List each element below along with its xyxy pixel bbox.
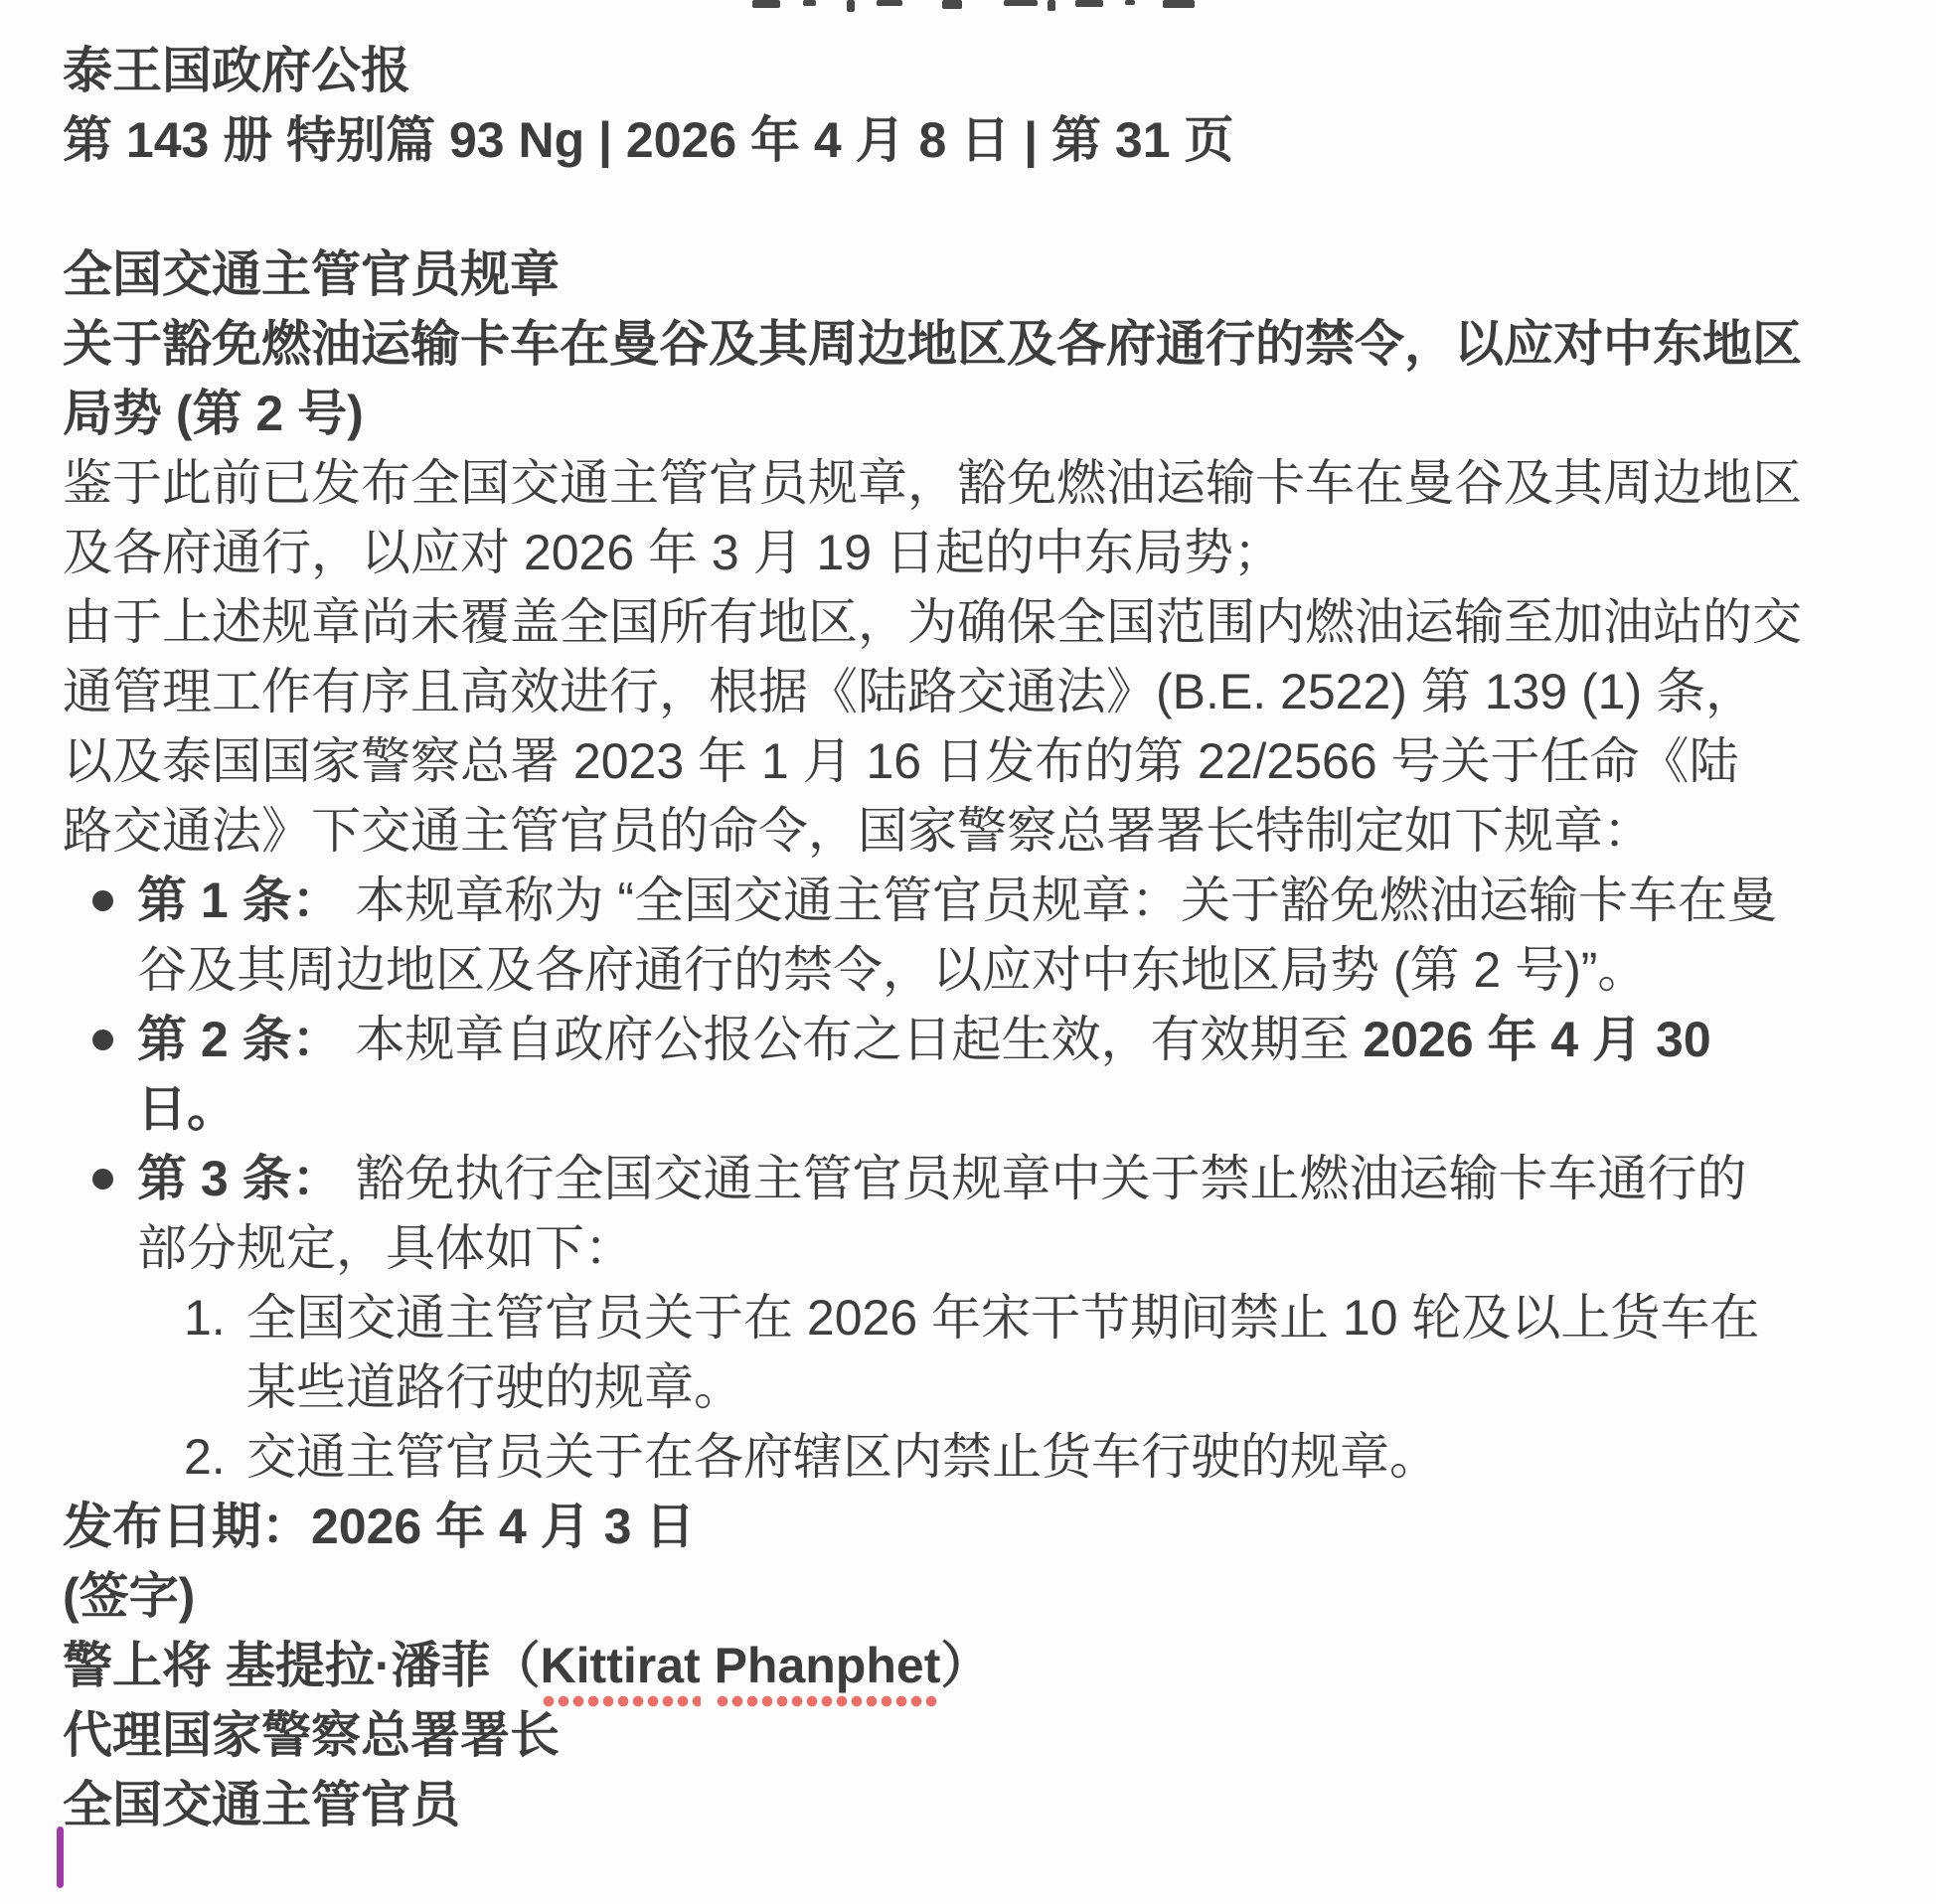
numbered-item-text: 某些道路行驶的规章。 — [246, 1352, 1906, 1422]
numbered-item-2: 2. 交通主管官员关于在各府辖区内禁止货车行驶的规章。 — [63, 1422, 1906, 1492]
article-3: 第 3 条： 豁免执行全国交通主管官员规章中关于禁止燃油运输卡车通行的 部分规定… — [63, 1144, 1906, 1283]
regulation-title-line: 关于豁免燃油运输卡车在曼谷及其周边地区及各府通行的禁令，以应对中东地区 — [63, 309, 1906, 379]
article-text: 本规章称为 “全国交通主管官员规章：关于豁免燃油运输卡车在曼 — [356, 873, 1778, 928]
preamble-paragraph: 鉴于此前已发布全国交通主管官员规章，豁免燃油运输卡车在曼谷及其周边地区 及各府通… — [63, 448, 1906, 866]
signer-name-close-paren: ） — [940, 1638, 990, 1693]
signature-block: 发布日期：2026 年 4 月 3 日 (签字) 警上将 基提拉·潘菲（Kitt… — [63, 1492, 1906, 1839]
text-cursor — [57, 1826, 64, 1888]
signer-name-latin-misspelled: Phanphet — [715, 1638, 941, 1707]
article-text: 部分规定，具体如下： — [137, 1213, 1906, 1283]
article-1: 第 1 条： 本规章称为 “全国交通主管官员规章：关于豁免燃油运输卡车在曼 谷及… — [63, 866, 1906, 1005]
article-text: 本规章自政府公报公布之日起生效，有效期至 — [356, 1012, 1364, 1067]
clipped-glyph-fragment — [1163, 0, 1195, 8]
numbered-item-text: 交通主管官员关于在各府辖区内禁止货车行驶的规章。 — [246, 1422, 1906, 1492]
clipped-glyph-fragment — [1125, 0, 1135, 5]
signature-placeholder: (签字) — [63, 1561, 1906, 1631]
clipped-glyph-fragment — [1075, 0, 1103, 7]
regulation-title: 全国交通主管官员规章 关于豁免燃油运输卡车在曼谷及其周边地区及各府通行的禁令，以… — [63, 239, 1906, 448]
clipped-glyph-fragment — [847, 0, 855, 12]
preamble-line: 及各府通行，以应对 2026 年 3 月 19 日起的中东局势； — [63, 518, 1906, 587]
article-text: 日。 — [137, 1074, 1906, 1144]
preamble-line: 路交通法》下交通主管官员的命令，国家警察总署署长特制定如下规章： — [63, 796, 1906, 866]
article-text: 谷及其周边地区及各府通行的禁令，以应对中东地区局势 (第 2 号)”。 — [137, 935, 1906, 1005]
gazette-title: 泰王国政府公报 — [63, 36, 1906, 105]
clipped-glyph-fragment — [803, 0, 816, 6]
numbered-item-1: 1. 全国交通主管官员关于在 2026 年宋干节期间禁止 10 轮及以上货车在 … — [63, 1283, 1906, 1422]
bullet-icon — [92, 1030, 113, 1050]
preamble-line: 鉴于此前已发布全国交通主管官员规章，豁免燃油运输卡车在曼谷及其周边地区 — [63, 448, 1906, 518]
issue-date: 发布日期：2026 年 4 月 3 日 — [63, 1492, 1906, 1561]
document-editor[interactable]: 泰王国政府公报 第 143 册 特别篇 93 Ng | 2026 年 4 月 8… — [63, 36, 1906, 1839]
article-label: 第 2 条： — [137, 1012, 342, 1067]
signer-position: 代理国家警察总署署长 — [63, 1700, 1906, 1770]
article-label: 第 3 条： — [137, 1151, 342, 1206]
signer-name-chinese: 警上将 基提拉·潘菲（ — [63, 1638, 541, 1693]
clipped-glyph-fragment — [1048, 0, 1055, 11]
bullet-icon — [92, 1169, 113, 1190]
clipped-glyph-fragment — [1004, 0, 1038, 6]
list-number: 1. — [184, 1283, 226, 1352]
list-number: 2. — [184, 1422, 226, 1492]
preamble-line: 通管理工作有序且高效进行，根据《陆路交通法》(B.E. 2522) 第 139 … — [63, 657, 1906, 726]
preamble-line: 由于上述规章尚未覆盖全国所有地区，为确保全国范围内燃油运输至加油站的交 — [63, 587, 1906, 657]
article-label: 第 1 条： — [137, 873, 342, 928]
effective-date: 2026 年 4 月 30 — [1363, 1012, 1710, 1067]
regulation-title-line: 局势 (第 2 号) — [63, 379, 1906, 448]
signer-name-latin-misspelled: Kittirat — [541, 1638, 701, 1707]
gazette-issue-info: 第 143 册 特别篇 93 Ng | 2026 年 4 月 8 日 | 第 3… — [63, 105, 1906, 175]
clipped-glyph-fragment — [752, 0, 780, 8]
article-text: 豁免执行全国交通主管官员规章中关于禁止燃油运输卡车通行的 — [356, 1151, 1747, 1206]
preamble-line: 以及泰国国家警察总署 2023 年 1 月 16 日发布的第 22/2566 号… — [63, 726, 1906, 796]
numbered-item-text: 全国交通主管官员关于在 2026 年宋干节期间禁止 10 轮及以上货车在 — [246, 1283, 1906, 1352]
signer-name: 警上将 基提拉·潘菲（Kittirat Phanphet） — [63, 1631, 1906, 1700]
clipped-glyph-fragment — [877, 0, 902, 6]
bullet-icon — [92, 890, 113, 911]
gazette-header: 泰王国政府公报 第 143 册 特别篇 93 Ng | 2026 年 4 月 8… — [63, 36, 1906, 175]
signer-position: 全国交通主管官员 — [63, 1770, 1906, 1839]
article-2: 第 2 条： 本规章自政府公报公布之日起生效，有效期至 2026 年 4 月 3… — [63, 1005, 1906, 1144]
regulation-title-line: 全国交通主管官员规章 — [63, 239, 1906, 309]
clipped-glyph-fragment — [942, 0, 962, 9]
